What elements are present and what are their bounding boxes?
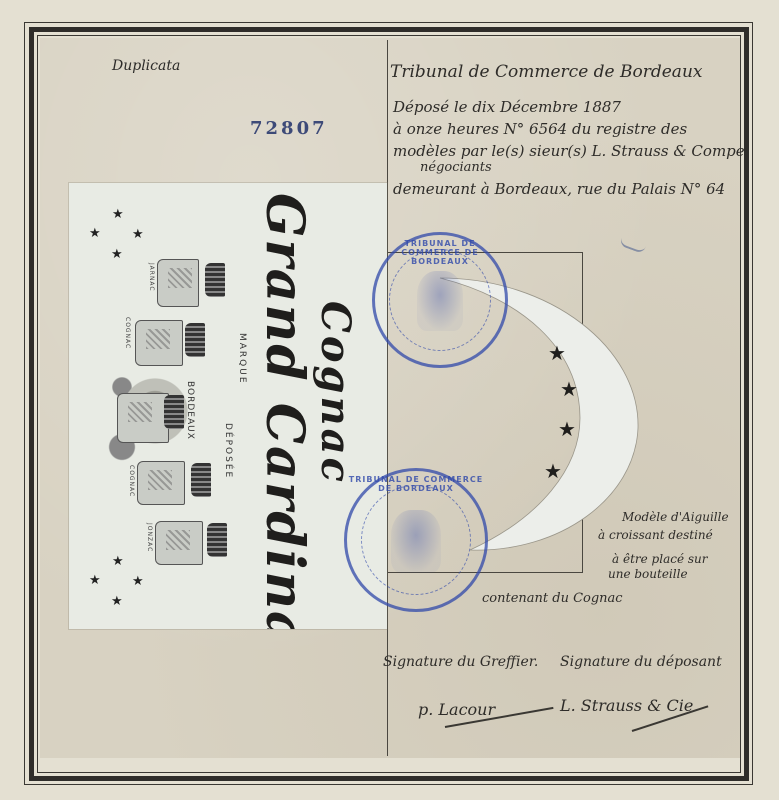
- coat-of-arms-jarnac: [157, 259, 199, 307]
- star-icon: ★: [132, 228, 144, 241]
- cognac-label: ★ ★ ★ ★ ★ ★ ★ ★ JARNAC COGNAC COGNAC JON…: [69, 183, 387, 629]
- deposit-line-4: négociants: [420, 160, 492, 175]
- court-stamp-top: TRIBUNAL DE COMMERCE DE BORDEAUX: [372, 232, 508, 368]
- model-desc-5: contenant du Cognac: [482, 591, 623, 606]
- brand-grand-cardinal: Grand Cardinal: [254, 193, 315, 629]
- crown-icon: [185, 323, 205, 357]
- coat-of-arms-jonzac: [155, 521, 203, 565]
- stamp-text: TRIBUNAL DE COMMERCE DE BORDEAUX: [375, 239, 505, 266]
- clerk-signature: p. Lacour: [418, 700, 495, 719]
- city-cognac: COGNAC: [124, 317, 131, 349]
- model-desc-4: une bouteille: [608, 567, 688, 581]
- court-header: Tribunal de Commerce de Bordeaux: [390, 62, 702, 82]
- svg-text:★: ★: [558, 417, 576, 441]
- stamp-text: TRIBUNAL DE COMMERCE DE BORDEAUX: [347, 475, 485, 493]
- star-icon: ★: [112, 555, 124, 568]
- duplicata-annotation: Duplicata: [112, 58, 180, 74]
- stamp-figure: [417, 271, 464, 331]
- city-jonzac: JONZAC: [146, 523, 153, 552]
- coat-of-arms-bordeaux: [117, 393, 169, 443]
- bordeaux-text: BORDEAUX: [185, 381, 195, 440]
- crown-icon: [205, 263, 225, 297]
- star-icon: ★: [132, 575, 144, 588]
- registration-number: 72807: [250, 118, 328, 139]
- model-desc-1: Modèle d'Aiguille: [622, 510, 729, 524]
- crown-icon: [191, 463, 211, 497]
- crown-icon: [164, 395, 184, 429]
- depositor-signature-label: Signature du déposant: [560, 654, 722, 670]
- court-stamp-bottom: TRIBUNAL DE COMMERCE DE BORDEAUX: [344, 468, 488, 612]
- city-cognac-2: COGNAC: [128, 465, 135, 497]
- star-icon: ★: [89, 574, 101, 587]
- star-icon: ★: [111, 595, 123, 608]
- svg-text:★: ★: [544, 459, 562, 483]
- deposit-line-3: modèles par le(s) sieur(s) L. Strauss & …: [393, 142, 745, 160]
- svg-text:★: ★: [548, 341, 566, 365]
- stamp-figure: [391, 510, 441, 573]
- svg-text:★: ★: [560, 377, 578, 401]
- marque-text: MARQUE: [237, 333, 247, 385]
- deposit-line-1: Déposé le dix Décembre 1887: [393, 98, 621, 116]
- deposit-line-5: demeurant à Bordeaux, rue du Palais N° 6…: [393, 180, 725, 198]
- star-icon: ★: [112, 208, 124, 221]
- star-icon: ★: [89, 227, 101, 240]
- deposit-line-2: à onze heures N° 6564 du registre des: [393, 120, 687, 138]
- coat-of-arms-cognac-2: [137, 461, 185, 505]
- model-desc-2: à croissant destiné: [598, 528, 713, 542]
- depositor-signature: L. Strauss & Cie: [560, 696, 693, 715]
- deposee-text: DÉPOSÉE: [223, 423, 233, 479]
- city-jarnac: JARNAC: [148, 263, 155, 292]
- star-icon: ★: [111, 248, 123, 261]
- model-desc-3: à être placé sur: [612, 552, 707, 566]
- crown-icon: [207, 523, 227, 557]
- brand-cognac: Cognac: [312, 301, 359, 485]
- clerk-signature-label: Signature du Greffier.: [383, 654, 538, 670]
